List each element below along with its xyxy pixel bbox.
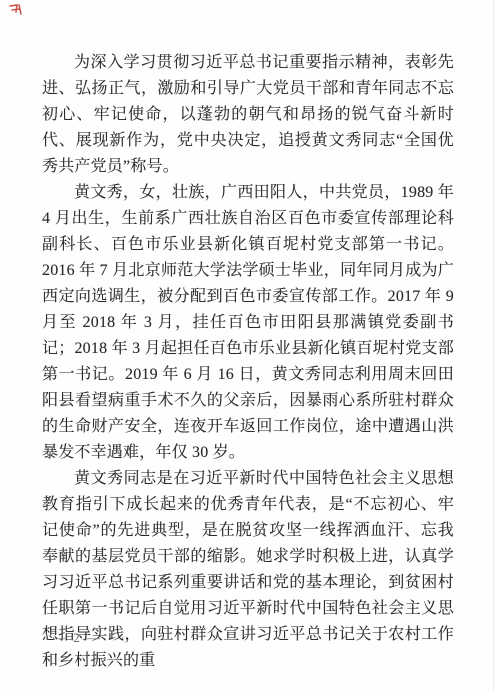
red-pen-mark-icon	[7, 2, 25, 20]
paragraph-2: 黄文秀，女，壮族，广西田阳人，中共党员，1989 年 4 月出生，生前系广西壮族…	[42, 180, 454, 466]
document-body: 为深入学习贯彻习近平总书记重要指示精神，表彰先进、弘扬正气，激励和引导广大党员干…	[42, 50, 454, 674]
paragraph-3: 黄文秀同志是在习近平新时代中国特色社会主义思想教育指引下成长起来的优秀青年代表，…	[42, 466, 454, 674]
paragraph-1: 为深入学习贯彻习近平总书记重要指示精神，表彰先进、弘扬正气，激励和引导广大党员干…	[42, 50, 454, 180]
page-number: — 2 —	[53, 630, 102, 646]
scanned-document-page: 为深入学习贯彻习近平总书记重要指示精神，表彰先进、弘扬正气，激励和引导广大党员干…	[0, 0, 494, 691]
